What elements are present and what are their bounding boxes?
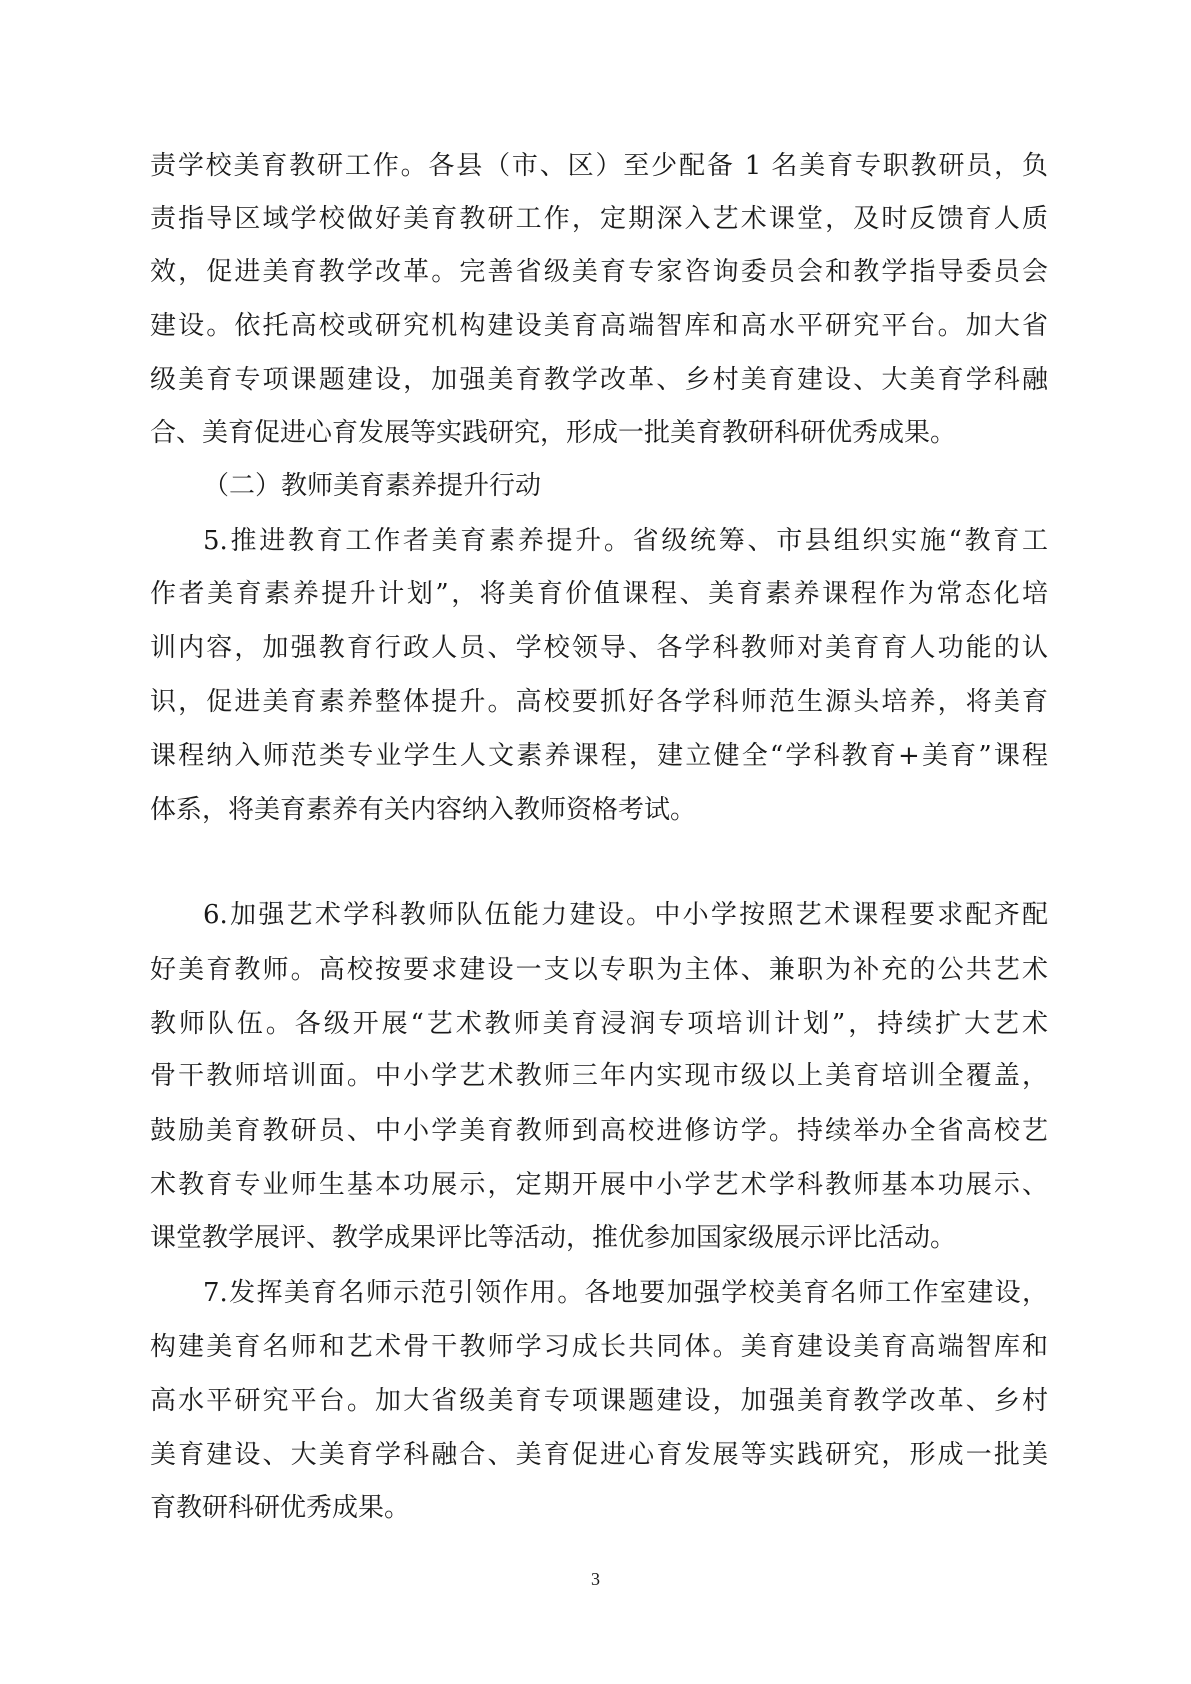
- text-line: 7.发挥美育名师示范引领作用。各地要加强学校美育名师工作室建设，: [203, 1273, 1048, 1313]
- text-line: 效，促进美育教学改革。完善省级美育专家咨询委员会和教学指导委员会: [150, 252, 1048, 292]
- text-line: 美育建设、大美育学科融合、美育促进心育发展等实践研究，形成一批美: [150, 1435, 1048, 1475]
- text-line: 鼓励美育教研员、中小学美育教师到高校进修访学。持续举办全省高校艺: [150, 1111, 1048, 1151]
- text-line: 识，促进美育素养整体提升。高校要抓好各学科师范生源头培养，将美育: [150, 682, 1048, 722]
- text-line: 训内容，加强教育行政人员、学校领导、各学科教师对美育育人功能的认: [150, 628, 1048, 668]
- text-line: 术教育专业师生基本功展示，定期开展中小学艺术学科教师基本功展示、: [150, 1165, 1048, 1205]
- section-heading: （二）教师美育素养提升行动: [203, 466, 541, 506]
- text-line: 骨干教师培训面。中小学艺术教师三年内实现市级以上美育培训全覆盖，: [150, 1056, 1048, 1096]
- text-line: 5.推进教育工作者美育素养提升。省级统筹、市县组织实施“教育工: [203, 521, 1048, 561]
- text-line: 教师队伍。各级开展“艺术教师美育浸润专项培训计划”，持续扩大艺术: [150, 1004, 1048, 1044]
- document-page: 责学校美育教研工作。各县（市、区）至少配备 1 名美育专职教研员，负 责指导区域…: [0, 0, 1191, 1684]
- text-line: 体系，将美育素养有关内容纳入教师资格考试。: [150, 790, 1048, 830]
- text-line: 好美育教师。高校按要求建设一支以专职为主体、兼职为补充的公共艺术: [150, 950, 1048, 990]
- text-line: 课程纳入师范类专业学生人文素养课程，建立健全“学科教育+美育”课程: [150, 736, 1048, 776]
- text-line: 责指导区域学校做好美育教研工作，定期深入艺术课堂，及时反馈育人质: [150, 199, 1048, 239]
- text-line: 育教研科研优秀成果。: [150, 1488, 1048, 1528]
- text-line: 作者美育素养提升计划”，将美育价值课程、美育素养课程作为常态化培: [150, 574, 1048, 614]
- page-number: 3: [0, 1567, 1191, 1591]
- text-line: 构建美育名师和艺术骨干教师学习成长共同体。美育建设美育高端智库和: [150, 1327, 1048, 1367]
- text-line: 6.加强艺术学科教师队伍能力建设。中小学按照艺术课程要求配齐配: [203, 895, 1048, 935]
- text-line: 责学校美育教研工作。各县（市、区）至少配备 1 名美育专职教研员，负: [150, 146, 1048, 186]
- text-line: 高水平研究平台。加大省级美育专项课题建设，加强美育教学改革、乡村: [150, 1381, 1048, 1421]
- text-line: 级美育专项课题建设，加强美育教学改革、乡村美育建设、大美育学科融: [150, 360, 1048, 400]
- text-line: 合、美育促进心育发展等实践研究，形成一批美育教研科研优秀成果。: [150, 413, 1048, 453]
- text-line: 课堂教学展评、教学成果评比等活动，推优参加国家级展示评比活动。: [150, 1218, 1048, 1258]
- text-line: 建设。依托高校或研究机构建设美育高端智库和高水平研究平台。加大省: [150, 306, 1048, 346]
